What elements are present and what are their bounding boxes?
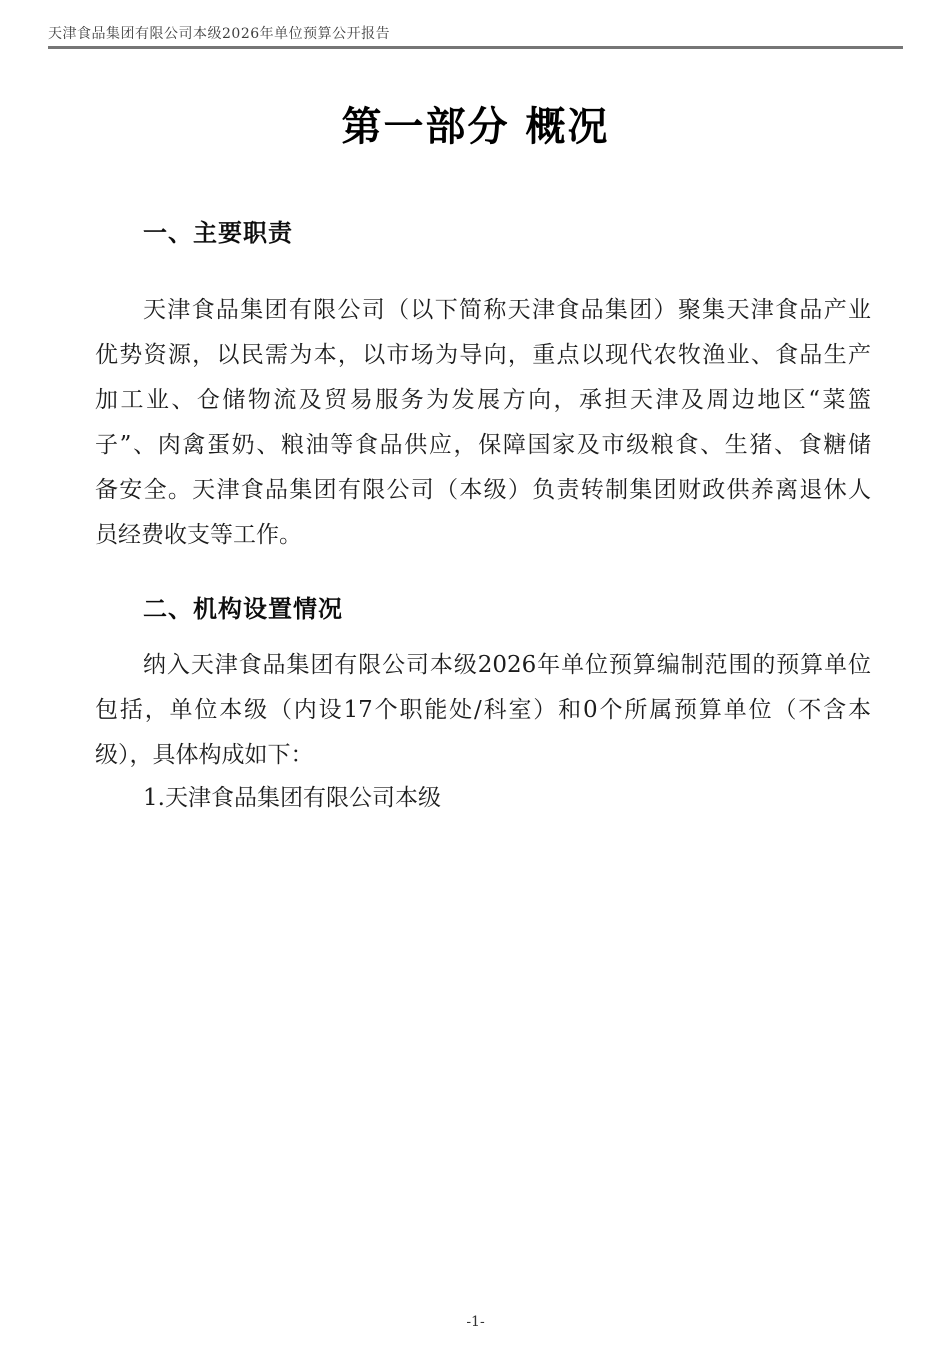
text-line: 级），具体构成如下： [95, 733, 871, 778]
paragraph-main-duties: 天津食品集团有限公司（以下简称天津食品集团）聚集天津食品产业 优势资源，以民需为… [95, 288, 871, 558]
text-line: 1.天津食品集团有限公司本级 [95, 776, 871, 821]
document-header-text: 天津食品集团有限公司本级2026年单位预算公开报告 [48, 24, 390, 44]
text-line: 优势资源，以民需为本，以市场为导向，重点以现代农牧渔业、食品生产 [95, 333, 871, 378]
text-line: 员经费收支等工作。 [95, 513, 871, 558]
page-title: 第一部分 概况 [0, 102, 951, 152]
text-line: 包括，单位本级（内设17个职能处/科室）和0个所属预算单位（不含本 [95, 688, 871, 733]
page-number: -1- [0, 1312, 951, 1332]
text-line: 纳入天津食品集团有限公司本级2026年单位预算编制范围的预算单位 [95, 643, 871, 688]
section-heading-main-duties: 一、主要职责 [143, 217, 293, 249]
section-heading-organization-setup: 二、机构设置情况 [143, 593, 343, 625]
document-page: 天津食品集团有限公司本级2026年单位预算公开报告 第一部分 概况 一、主要职责… [0, 0, 951, 1347]
header-rule-divider [48, 46, 903, 49]
text-line: 天津食品集团有限公司（以下简称天津食品集团）聚集天津食品产业 [95, 288, 871, 333]
text-line: 备安全。天津食品集团有限公司（本级）负责转制集团财政供养离退休人 [95, 468, 871, 513]
list-item-unit-1: 1.天津食品集团有限公司本级 [95, 776, 871, 821]
text-line: 子”、肉禽蛋奶、粮油等食品供应，保障国家及市级粮食、生猪、食糖储 [95, 423, 871, 468]
paragraph-organization-setup: 纳入天津食品集团有限公司本级2026年单位预算编制范围的预算单位 包括，单位本级… [95, 643, 871, 778]
text-line: 加工业、仓储物流及贸易服务为发展方向，承担天津及周边地区“菜篮 [95, 378, 871, 423]
